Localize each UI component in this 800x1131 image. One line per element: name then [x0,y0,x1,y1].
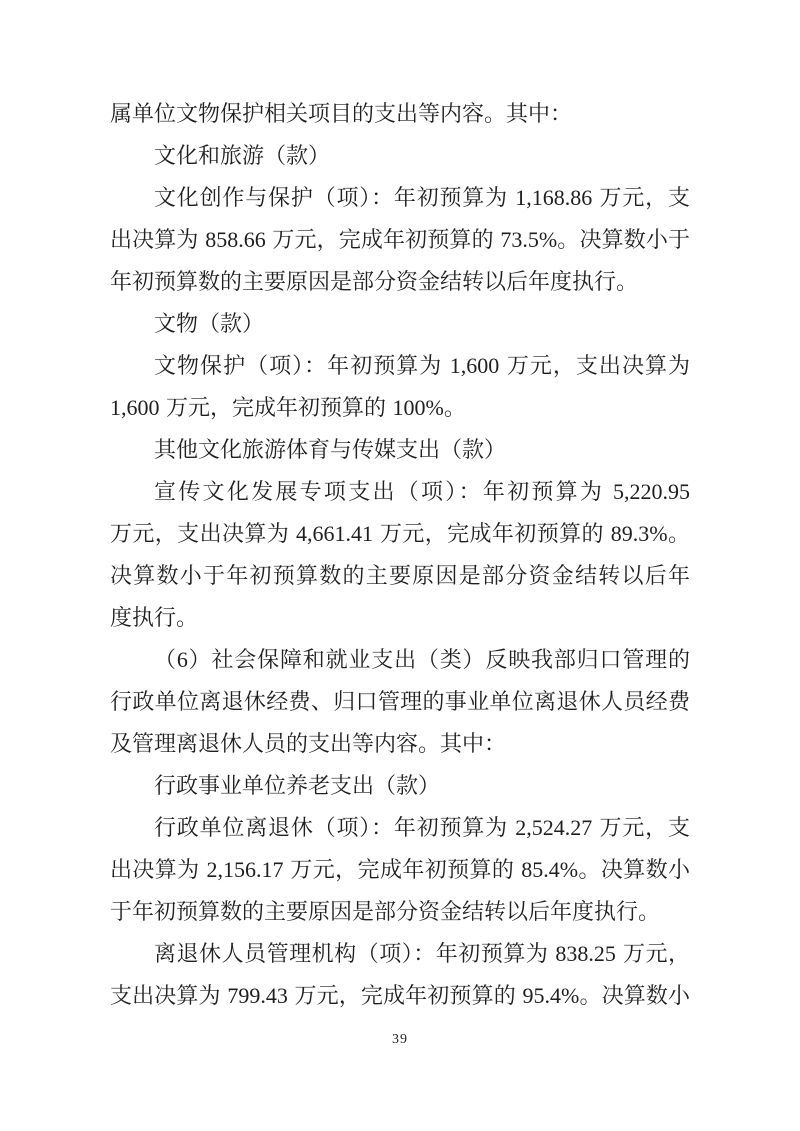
text-line: 文物保护（项）：年初预算为 1,600 万元，支出决算为 [110,345,690,387]
text-line: 文物（款） [110,303,690,345]
paragraph: 宣传文化发展专项支出（项）：年初预算为 5,220.95万元，支出决算为 4,6… [110,471,690,639]
text-line: 行政事业单位养老支出（款） [110,765,690,807]
paragraph: 行政事业单位养老支出（款） [110,765,690,807]
text-line: 其他文化旅游体育与传媒支出（款） [110,429,690,471]
paragraph: 属单位文物保护相关项目的支出等内容。其中： [110,93,690,135]
text-line: 度执行。 [110,597,690,639]
paragraph: 文化创作与保护（项）：年初预算为 1,168.86 万元，支出决算为 858.6… [110,177,690,303]
text-line: 行政单位离退休经费、归口管理的事业单位离退休人员经费 [110,681,690,723]
text-line: 决算数小于年初预算数的主要原因是部分资金结转以后年 [110,555,690,597]
text-line: （6）社会保障和就业支出（类）反映我部归口管理的 [110,639,690,681]
page-number: 39 [392,1032,408,1047]
text-line: 行政单位离退休（项）：年初预算为 2,524.27 万元，支 [110,807,690,849]
text-line: 年初预算数的主要原因是部分资金结转以后年度执行。 [110,261,690,303]
document-body: 属单位文物保护相关项目的支出等内容。其中：文化和旅游（款）文化创作与保护（项）：… [110,93,690,1017]
text-line: 万元，支出决算为 4,661.41 万元，完成年初预算的 89.3%。 [110,513,690,555]
text-line: 属单位文物保护相关项目的支出等内容。其中： [110,93,690,135]
text-line: 出决算为 2,156.17 万元，完成年初预算的 85.4%。决算数小 [110,849,690,891]
paragraph: 文物保护（项）：年初预算为 1,600 万元，支出决算为1,600 万元，完成年… [110,345,690,429]
text-line: 出决算为 858.66 万元，完成年初预算的 73.5%。决算数小于 [110,219,690,261]
text-line: 文化创作与保护（项）：年初预算为 1,168.86 万元，支 [110,177,690,219]
text-line: 支出决算为 799.43 万元，完成年初预算的 95.4%。决算数小 [110,975,690,1017]
text-line: 宣传文化发展专项支出（项）：年初预算为 5,220.95 [110,471,690,513]
paragraph: （6）社会保障和就业支出（类）反映我部归口管理的行政单位离退休经费、归口管理的事… [110,639,690,765]
text-line: 及管理离退休人员的支出等内容。其中： [110,723,690,765]
text-line: 1,600 万元，完成年初预算的 100%。 [110,387,690,429]
document-page: 属单位文物保护相关项目的支出等内容。其中：文化和旅游（款）文化创作与保护（项）：… [0,0,800,1131]
paragraph: 其他文化旅游体育与传媒支出（款） [110,429,690,471]
paragraph: 文物（款） [110,303,690,345]
paragraph: 行政单位离退休（项）：年初预算为 2,524.27 万元，支出决算为 2,156… [110,807,690,933]
paragraph: 离退休人员管理机构（项）：年初预算为 838.25 万元，支出决算为 799.4… [110,933,690,1017]
text-line: 离退休人员管理机构（项）：年初预算为 838.25 万元， [110,933,690,975]
page-footer: 39 [0,1030,800,1049]
text-line: 文化和旅游（款） [110,135,690,177]
paragraph: 文化和旅游（款） [110,135,690,177]
text-line: 于年初预算数的主要原因是部分资金结转以后年度执行。 [110,891,690,933]
